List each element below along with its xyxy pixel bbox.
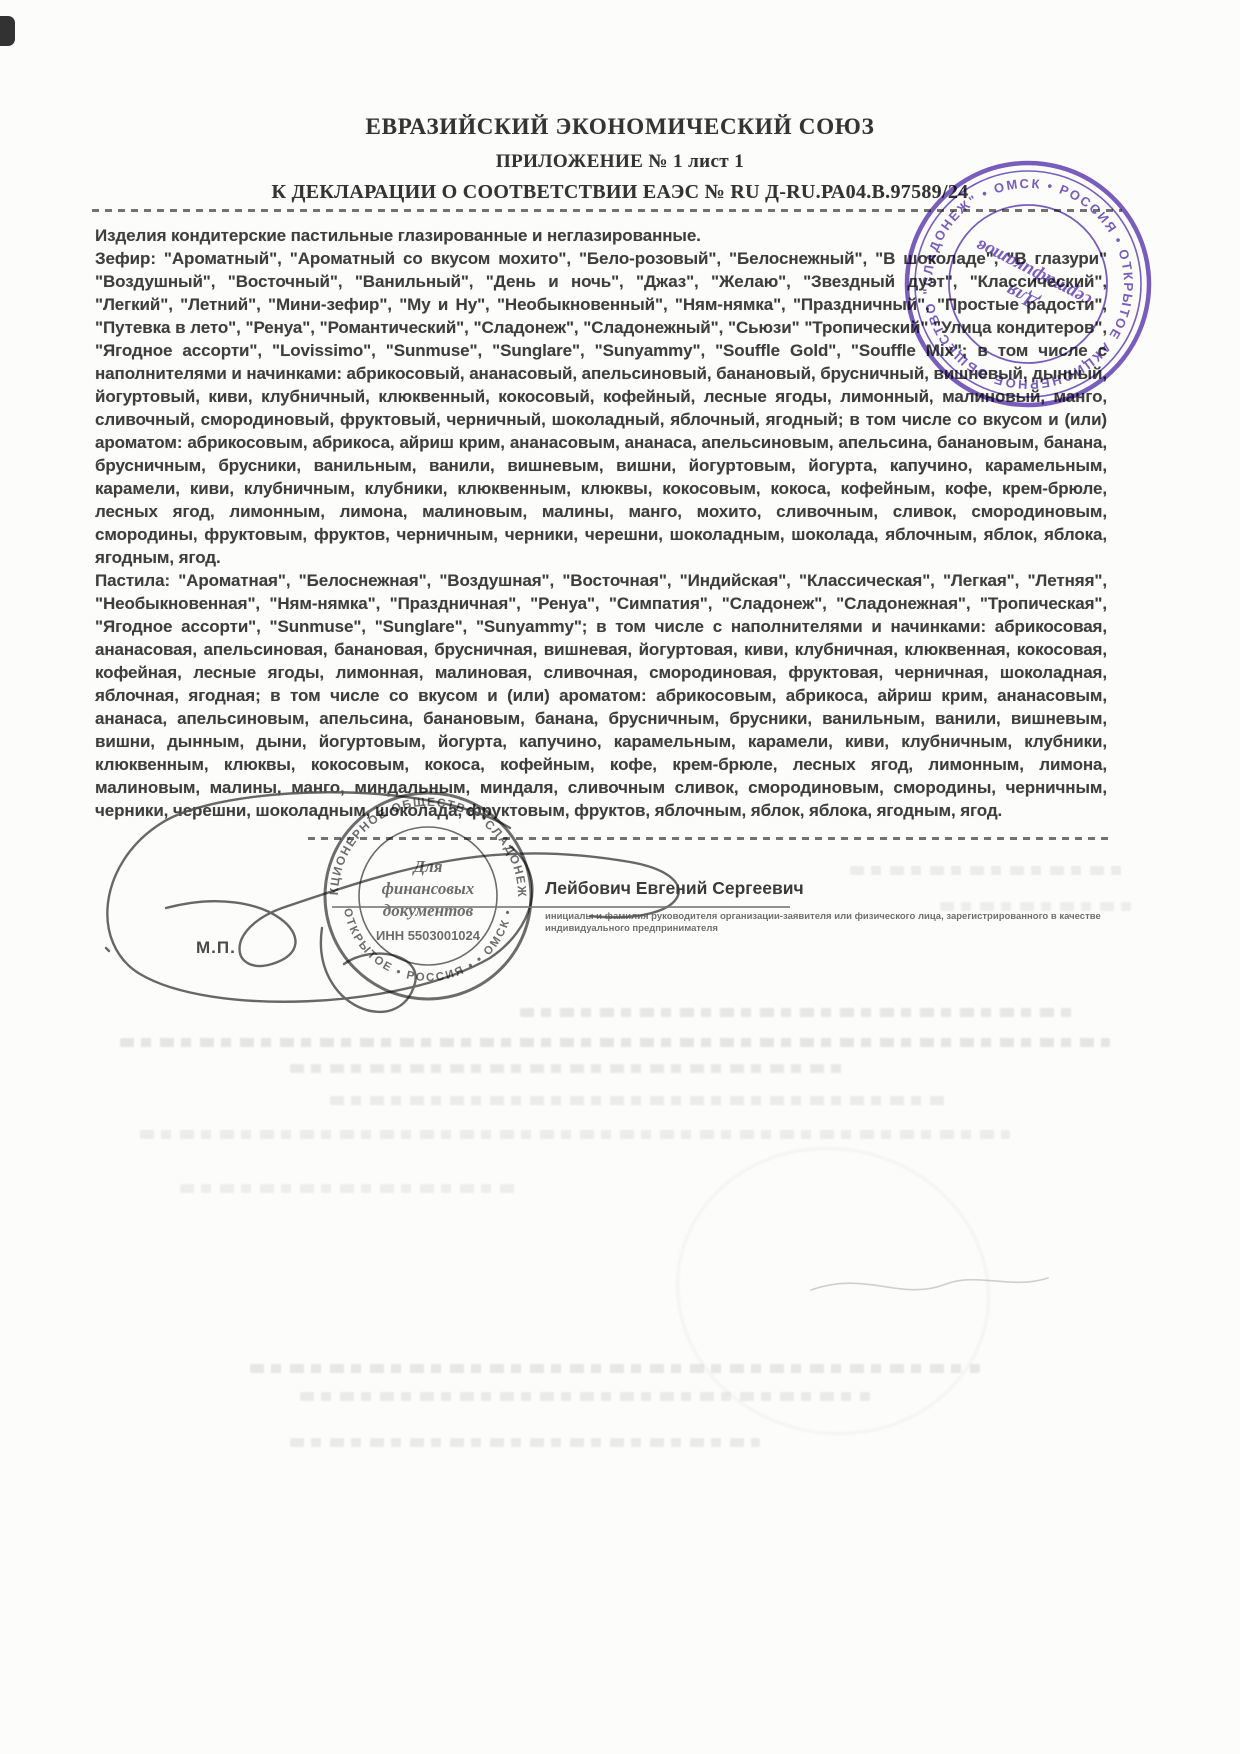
bleed-through-artifact (850, 866, 1130, 875)
signer-name: Лейбович Евгений Сергеевич (545, 878, 804, 899)
document-page: ЕВРАЗИЙСКИЙ ЭКОНОМИЧЕСКИЙ СОЮЗ ПРИЛОЖЕНИ… (0, 0, 1240, 1754)
company-seal-center-line1: Для (411, 857, 442, 876)
pen-stray-mark (806, 1262, 1056, 1307)
bleed-through-artifact (330, 1096, 950, 1105)
scan-corner-artifact (0, 16, 15, 46)
signer-caption: инициалы и фамилия руководителя организа… (545, 911, 1151, 935)
bleed-through-artifact (180, 1184, 520, 1193)
header-union-title: ЕВРАЗИЙСКИЙ ЭКОНОМИЧЕСКИЙ СОЮЗ (0, 114, 1240, 140)
stamp-place-label: М.П. (196, 938, 236, 958)
bleed-through-artifact (120, 1038, 1110, 1047)
bleed-through-artifact (140, 1130, 1010, 1139)
bleed-through-artifact (290, 1438, 760, 1447)
bleed-through-artifact (940, 902, 1140, 911)
company-seal-center-line3: документов (383, 901, 474, 920)
seal-inner-ring (941, 197, 1115, 371)
company-seal-inn: ИНН 5503001024 (376, 928, 481, 943)
bleed-through-artifact (290, 1064, 850, 1073)
company-seal-center-line2: финансовых (382, 879, 475, 898)
company-seal: АКЦИОНЕРНОЕ ОБЩЕСТВО "СЛАДОНЕЖ" ОТКРЫТОЕ… (318, 786, 538, 1006)
bleed-through-artifact (520, 1008, 1080, 1017)
certification-seal: "СЛАДОНЕЖ" • ОМСК • РОССИЯ • ОТКРЫТОЕ АК… (887, 143, 1168, 424)
signature-line (332, 906, 790, 908)
